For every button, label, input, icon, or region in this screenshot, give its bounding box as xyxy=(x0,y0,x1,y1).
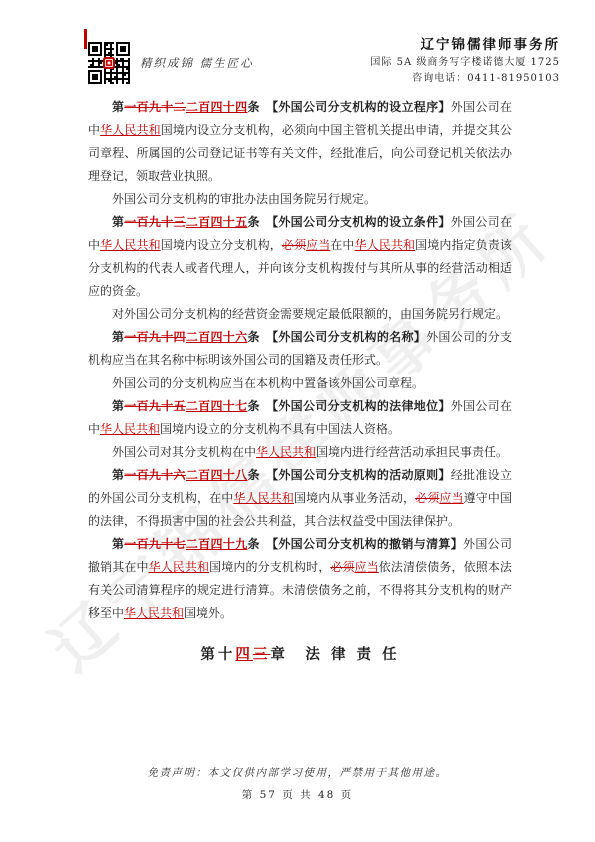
article-paragraph: 第一百九十三二百四十五条 【外国公司分支机构的设立条件】外国公司在中华人民共和国… xyxy=(88,211,512,303)
text-run: 第 xyxy=(112,215,124,229)
inserted-text: 华人民共和 xyxy=(149,560,210,574)
document-page: 辽宁锦儒律师事务所 精织成锦 儒生匠心 辽宁锦儒律师事务所 国际 5A 级商务写… xyxy=(0,0,595,842)
text-run: 条 xyxy=(247,537,272,551)
text-run: 条 xyxy=(247,100,272,114)
text-run: 国境内进行经营活动承担民事责任。 xyxy=(316,445,508,459)
text-run: 国境内从事业务活动， xyxy=(294,491,415,505)
inserted-text: 华人民共和 xyxy=(100,238,161,252)
article-paragraph: 外国公司分支机构的审批办法由国务院另行规定。 xyxy=(88,188,512,211)
text-run: 第 xyxy=(112,537,124,551)
text-run: 对外国公司分支机构的经营资金需要规定最低限额的，由国务院另行规定。 xyxy=(112,307,508,321)
text-run: 国境外。 xyxy=(184,606,232,620)
document-body: 第一百九十二二百四十四条 【外国公司分支机构的设立程序】外国公司在中华人民共和国… xyxy=(88,96,512,669)
text-run: 第 xyxy=(112,468,124,482)
text-run: 国境内设立的分支机构不具有中国法人资格。 xyxy=(160,422,400,436)
article-paragraph: 第一百九十六二百四十八条 【外国公司分支机构的活动原则】经批准设立的外国公司分支… xyxy=(88,464,512,533)
chapter-heading: 第十四三章 法 律 责 任 xyxy=(88,641,512,669)
deleted-text: 一百九十七 xyxy=(124,537,186,551)
header-right: 辽宁锦儒律师事务所 国际 5A 级商务写字楼诺德大厦 1725 咨询电话：041… xyxy=(370,36,560,85)
text-run: 外国公司分支机构的审批办法由国务院另行规定。 xyxy=(112,192,376,206)
article-paragraph: 对外国公司分支机构的经营资金需要规定最低限额的，由国务院另行规定。 xyxy=(88,303,512,326)
inserted-text: 二百四十九 xyxy=(186,537,248,551)
firm-address: 国际 5A 级商务写字楼诺德大厦 1725 xyxy=(370,56,560,70)
tracked-change-bar-icon xyxy=(84,29,87,49)
inserted-text: 华人民共和 xyxy=(100,123,161,137)
disclaimer: 免责声明：本文仅供内部学习使用，严禁用于其他用途。 xyxy=(0,765,595,780)
deleted-text: 必须 xyxy=(330,560,354,574)
text-run: 条 xyxy=(247,399,272,413)
text-run: 【外国公司分支机构的名称】 xyxy=(272,330,426,344)
text-run: 【外国公司分支机构的撤销与清算】 xyxy=(272,537,463,551)
text-run: 【外国公司分支机构的法律地位】 xyxy=(272,399,451,413)
text-run: 第十 xyxy=(200,646,235,663)
deleted-text: 一百九十二 xyxy=(124,100,186,114)
deleted-text: 一百九十四 xyxy=(124,330,186,344)
article-paragraph: 外国公司对其分支机构在中华人民共和国境内进行经营活动承担民事责任。 xyxy=(88,441,512,464)
inserted-text: 二百四十四 xyxy=(186,100,248,114)
article-paragraph: 第一百九十二二百四十四条 【外国公司分支机构的设立程序】外国公司在中华人民共和国… xyxy=(88,96,512,188)
deleted-text: 一百九十五 xyxy=(124,399,186,413)
deleted-text: 三 xyxy=(253,646,271,663)
text-run: 条 xyxy=(247,330,272,344)
inserted-text: 二百四十五 xyxy=(186,215,248,229)
inserted-text: 华人民共和 xyxy=(233,491,294,505)
text-run: 【外国公司分支机构的设立程序】 xyxy=(272,100,451,114)
deleted-text: 必须 xyxy=(282,238,306,252)
firm-phone: 咨询电话：0411-81950103 xyxy=(370,72,560,86)
article-paragraph: 外国公司的分支机构应当在本机构中置备该外国公司章程。 xyxy=(88,372,512,395)
article-paragraph: 第一百九十七二百四十九条 【外国公司分支机构的撤销与清算】外国公司撤销其在中华人… xyxy=(88,533,512,625)
text-run: 第 xyxy=(112,100,124,114)
text-run: 条 xyxy=(247,215,272,229)
inserted-text: 二百四十八 xyxy=(186,468,248,482)
page-number: 第 57 页 共 48 页 xyxy=(0,787,595,802)
text-run: 第 xyxy=(112,399,124,413)
firm-name: 辽宁锦儒律师事务所 xyxy=(370,36,560,54)
inserted-text: 华人民共和 xyxy=(100,422,160,436)
article-paragraph: 第一百九十五二百四十七条 【外国公司分支机构的法律地位】外国公司在中华人民共和国… xyxy=(88,395,512,441)
inserted-text: 应当 xyxy=(306,238,330,252)
firm-slogan: 精织成锦 儒生匠心 xyxy=(140,55,254,71)
deleted-text: 一百九十六 xyxy=(124,468,186,482)
article-paragraph: 第一百九十四二百四十六条 【外国公司分支机构的名称】外国公司的分支机构应当在其名… xyxy=(88,326,512,372)
inserted-text: 华人民共和 xyxy=(124,606,184,620)
text-run: 条 xyxy=(247,468,272,482)
page-header: 精织成锦 儒生匠心 辽宁锦儒律师事务所 国际 5A 级商务写字楼诺德大厦 172… xyxy=(88,36,560,85)
inserted-text: 四 xyxy=(235,646,253,663)
text-run: 章 法 律 责 任 xyxy=(270,646,399,663)
header-left: 精织成锦 儒生匠心 xyxy=(88,36,254,84)
text-run: 第 xyxy=(112,330,124,344)
text-run: 国境内设立分支机构， xyxy=(161,238,282,252)
inserted-text: 华人民共和 xyxy=(355,238,416,252)
deleted-text: 必须 xyxy=(415,491,439,505)
inserted-text: 应当 xyxy=(355,560,379,574)
inserted-text: 应当 xyxy=(439,491,463,505)
deleted-text: 一百九十三 xyxy=(124,215,186,229)
text-run: 国境内的分支机构时， xyxy=(209,560,330,574)
inserted-text: 二百四十六 xyxy=(186,330,248,344)
qr-code-icon xyxy=(88,42,130,84)
inserted-text: 二百四十七 xyxy=(186,399,248,413)
page-footer: 免责声明：本文仅供内部学习使用，严禁用于其他用途。 第 57 页 共 48 页 xyxy=(0,747,595,842)
text-run: 外国公司对其分支机构在中 xyxy=(112,445,256,459)
text-run: 【外国公司分支机构的设立条件】 xyxy=(272,215,451,229)
text-run: 在中 xyxy=(330,238,354,252)
inserted-text: 华人民共和 xyxy=(256,445,316,459)
text-run: 【外国公司分支机构的活动原则】 xyxy=(272,468,451,482)
text-run: 外国公司的分支机构应当在本机构中置备该外国公司章程。 xyxy=(112,376,424,390)
